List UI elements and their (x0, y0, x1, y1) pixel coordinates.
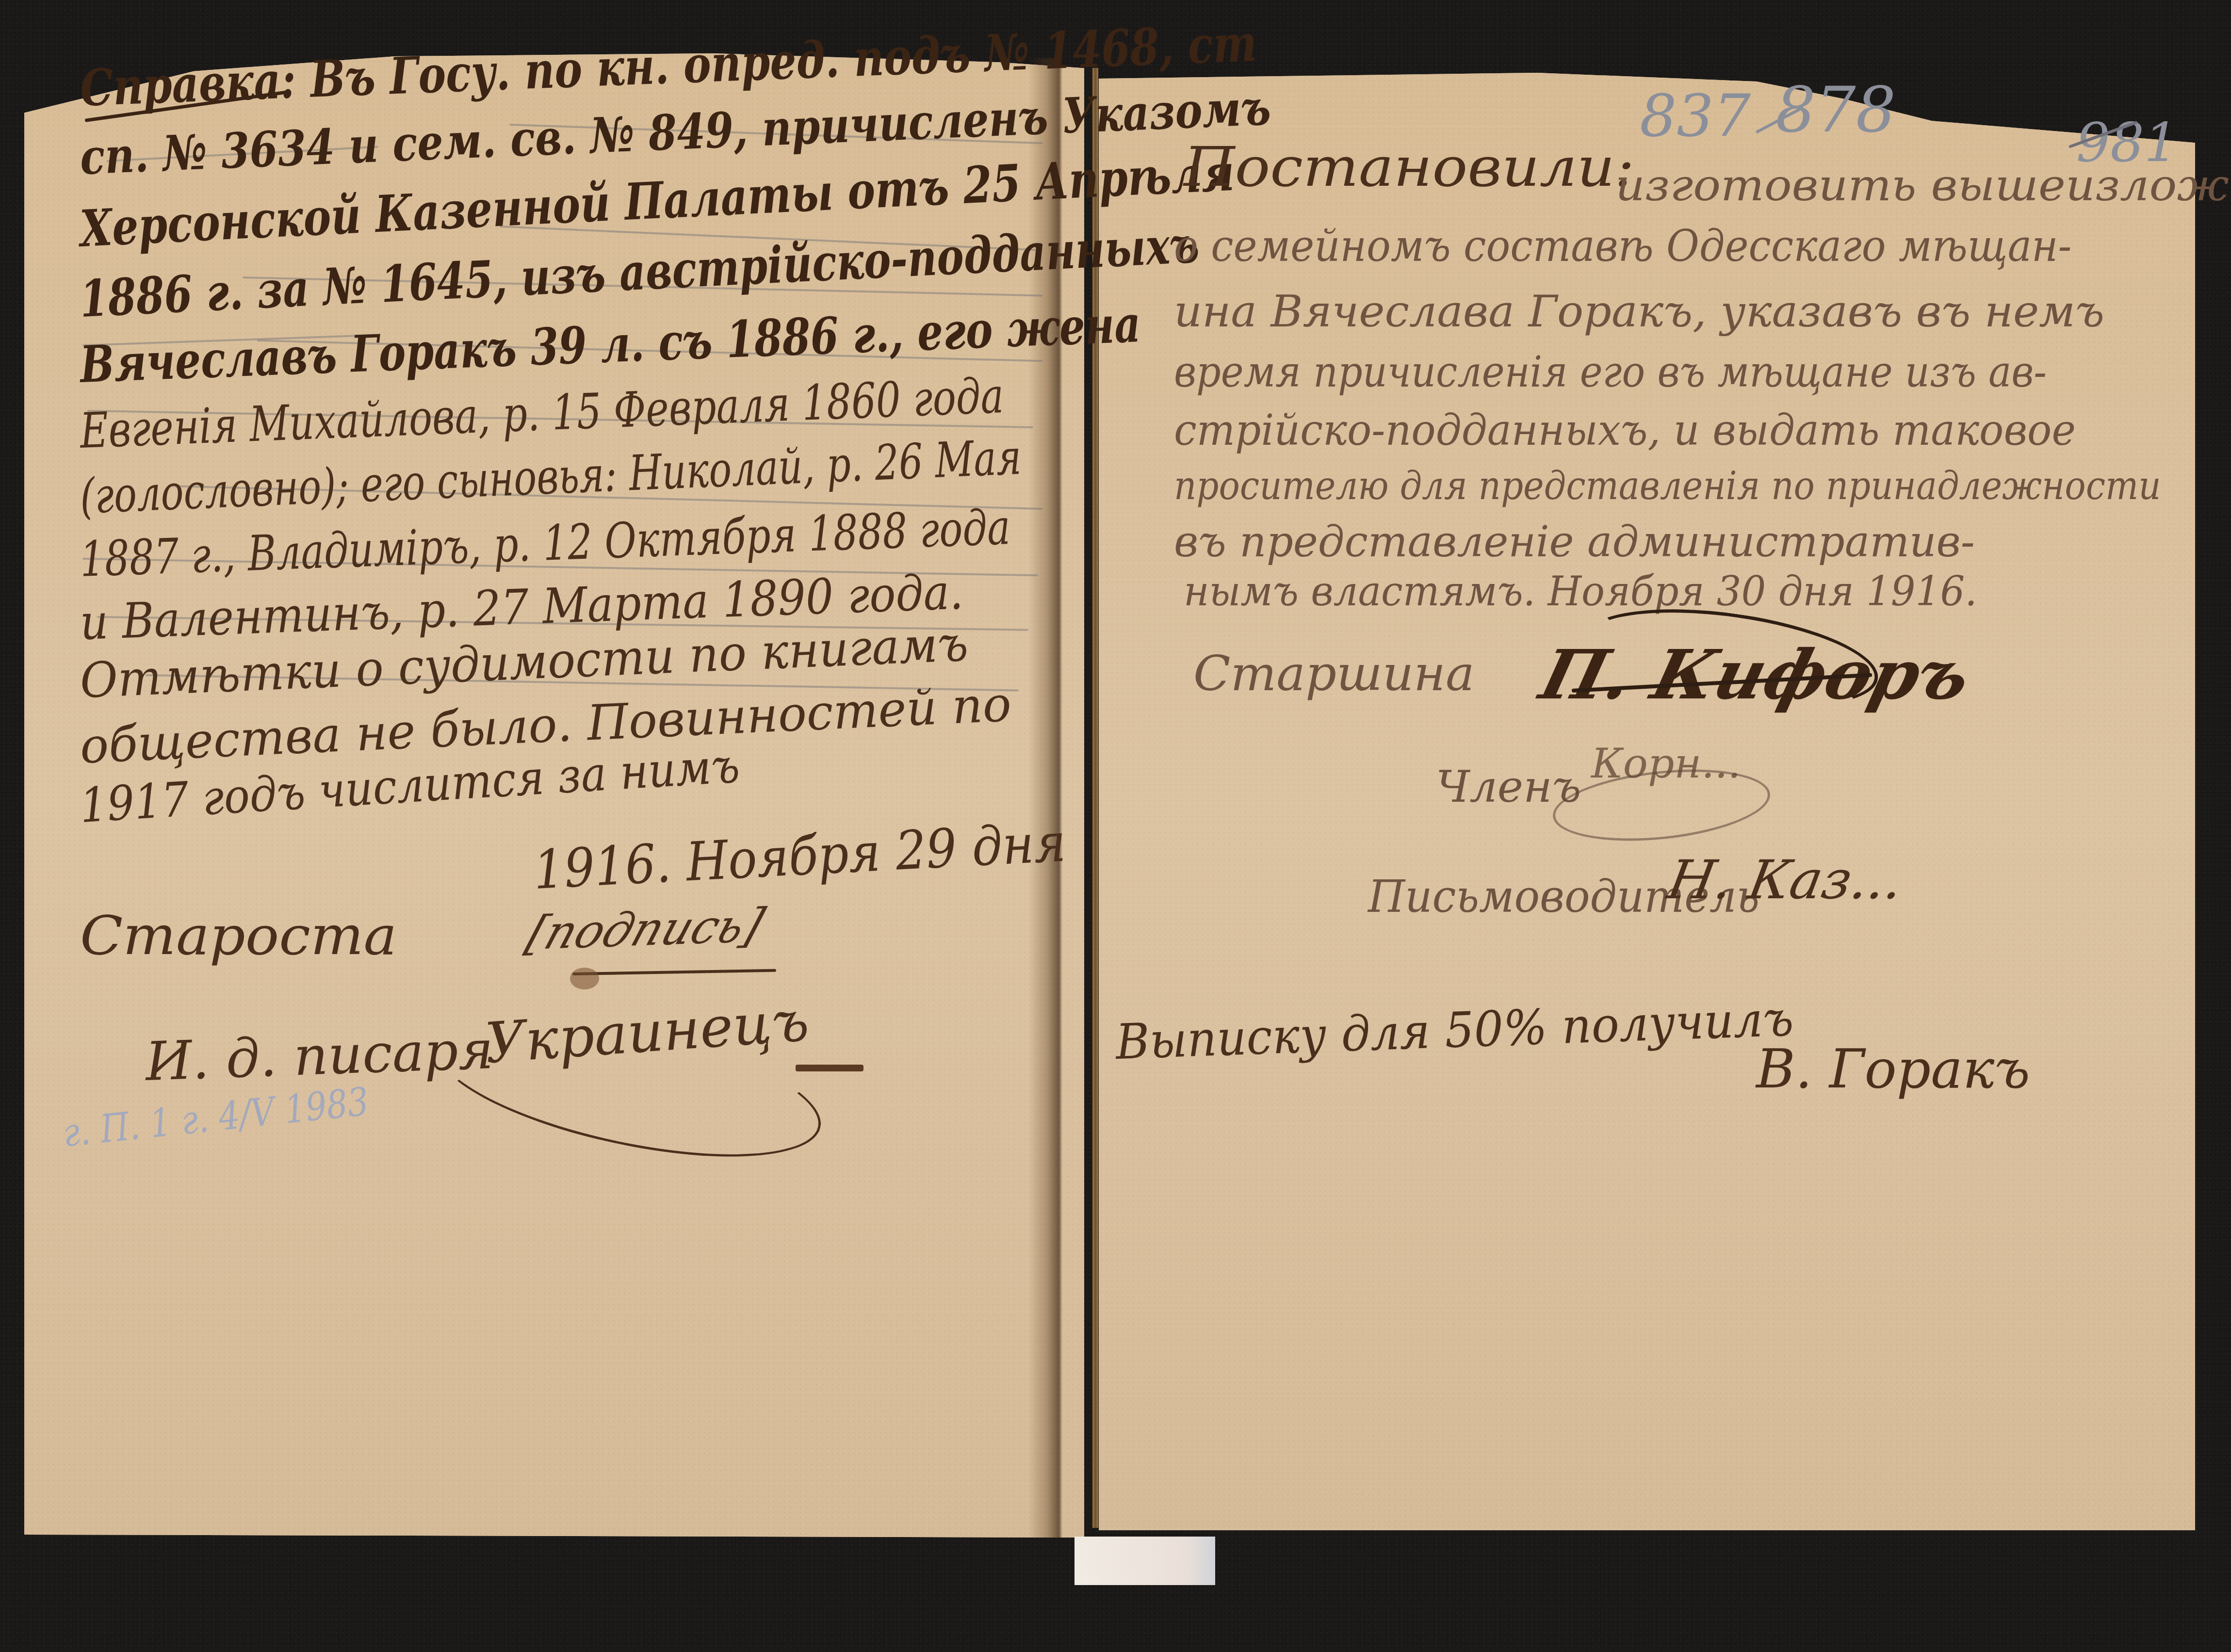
resolution-line-7: въ представленіе административ- (1174, 517, 1975, 567)
spine (1092, 68, 1098, 1528)
resolution-line-6: просителю для представленія по принадлеж… (1174, 463, 2161, 508)
resolution-line-5: стрійско-подданныхъ, и выдать таковое (1174, 405, 2076, 455)
secretary-signature: Н. Каз... (1663, 849, 1908, 911)
resolution-line-2: о семейномъ составѣ Одесскаго мѣщан- (1174, 221, 2072, 272)
archive-number-current: 878 (1775, 73, 1896, 146)
headman-title: Старшина (1193, 645, 1475, 702)
clerk-signature-dash (796, 1065, 863, 1071)
resolution-line-3: ина Вячеслава Горакъ, указавъ въ немъ (1174, 286, 2104, 337)
elder-signature: [подпись] (520, 899, 770, 961)
archive-number-crossed: 837 (1640, 82, 1751, 150)
elder-title: Староста (80, 905, 397, 967)
binding-tab (1075, 1537, 1215, 1585)
ink-blot (570, 968, 599, 989)
receipt-signature: В. Горакъ (1756, 1038, 2030, 1100)
resolution-line-8: нымъ властямъ. Ноября 30 дня 1916. (1184, 567, 1977, 615)
resolution-heading: Постановили: (1184, 136, 1634, 199)
resolution-line-4: время причисленія его въ мѣщане изъ ав- (1174, 347, 2047, 397)
resolution-line-1: изготовить вышеизложенное (1615, 160, 2231, 211)
